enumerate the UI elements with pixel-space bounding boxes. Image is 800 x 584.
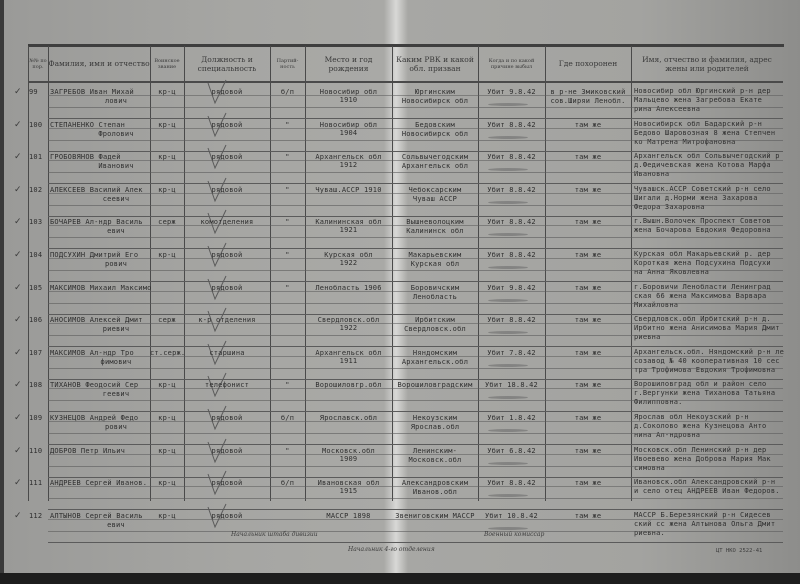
row-relatives-cont: Мальцево жена Загребова Екате (634, 96, 784, 105)
row-rvk-region: Ленобласть (392, 293, 478, 302)
row-relatives-cont: Ирбитно жена Анисимова Мария Дмит (634, 324, 784, 333)
row-birth-year: 1922 (305, 324, 392, 333)
row-relatives-cont: созавод № 40 кооперативная 10 сес (634, 357, 784, 366)
ink-smear (488, 462, 528, 465)
document-page: №№ по пор. Фамилия, имя и отчество Воинс… (0, 0, 800, 584)
table-row: ✓ 107 МАКСИМОВ Ал-ндр Тро фимович ст.сер… (28, 346, 783, 380)
row-mid-line (48, 95, 783, 96)
check-mark-icon: ✓ (14, 478, 22, 488)
row-mid-line (48, 519, 783, 520)
ink-smear (488, 168, 528, 171)
row-sub-line (48, 433, 783, 434)
row-sub-line (48, 303, 783, 304)
row-birth-year: 1912 (305, 161, 392, 170)
row-birth-year: 1922 (305, 259, 392, 268)
row-sub-line (48, 531, 783, 532)
row-name-cont: сеевич (50, 195, 152, 204)
row-relatives-cont: д.Соколово жена Кузнецова Анто (634, 422, 784, 431)
table-row: ✓ 100 СТЕПАНЕНКО Степан Фролович кр-ц ря… (28, 118, 783, 152)
header-rank: Воинское звание (150, 48, 184, 80)
row-sub-line (48, 205, 783, 206)
check-mark-icon: ✓ (14, 250, 22, 260)
row-birth-year: 1910 (305, 96, 392, 105)
row-relatives-cont: жена Бочарова Евдокия Федоровна (634, 226, 784, 235)
row-birth-year: 1921 (305, 226, 392, 235)
table-row: ✓ 104 ПОДСУХИН Дмитрий Его рович кр-ц ря… (28, 248, 783, 282)
row-buried-cont: сов.Ширяи Ленобл. (545, 97, 631, 106)
row-sub-line (48, 172, 783, 173)
header-name: Фамилия, имя и отчество (48, 48, 150, 80)
row-name-cont: евич (50, 227, 152, 236)
check-mark-icon: ✓ (14, 120, 22, 130)
row-rvk-region: Архангельск.обл (392, 358, 478, 367)
ink-smear (488, 299, 528, 302)
row-number: 110 (29, 447, 49, 456)
row-sub-line (48, 498, 783, 499)
row-name-cont: евич (50, 521, 152, 530)
row-bottom-line (48, 542, 783, 543)
ink-smear (488, 103, 528, 106)
row-sub-line (48, 107, 783, 108)
header-birth: Место и год рождения (305, 48, 392, 80)
row-number: 107 (29, 349, 49, 358)
header-rvk: Каким РВК и какой обл. призван (392, 48, 478, 80)
row-sub-line (48, 335, 783, 336)
row-mid-line (48, 128, 783, 129)
row-name-cont: фимович (50, 358, 152, 367)
row-name-cont: геевич (50, 390, 152, 399)
row-sub-line (48, 466, 783, 467)
row-sub-line (48, 400, 783, 401)
row-birth-year: 1909 (305, 455, 392, 464)
row-relatives-cont: Ивоевево жена Доброва Мария Мак (634, 455, 784, 464)
check-mark-icon: ✓ (14, 348, 22, 358)
row-sub-line (48, 140, 783, 141)
table-row: ✓ 102 АЛЕКСЕЕВ Василий Алек сеевич кр-ц … (28, 183, 783, 217)
row-relatives-cont: и село отец АНДРЕЕВ Иван Федоров. (634, 487, 784, 496)
row-relatives-cont: Шигали д.Норми жена Захарова (634, 194, 784, 203)
row-birth-year: 1911 (305, 357, 392, 366)
check-mark-icon: ✓ (14, 511, 22, 521)
row-birth-year: 1915 (305, 487, 392, 496)
row-number: 101 (29, 153, 49, 162)
footer-chief-of-staff: Начальник штаба дивизии (231, 531, 318, 538)
row-number: 100 (29, 121, 49, 130)
row-mid-line (48, 291, 783, 292)
row-rvk-region: Иванов.обл (392, 488, 478, 497)
row-number: 105 (29, 284, 49, 293)
header-bottom-border (28, 81, 783, 83)
row-mid-line (48, 225, 783, 226)
row-mid-line (48, 454, 783, 455)
row-number: 111 (29, 479, 49, 488)
header-position: Должность и специальность (184, 48, 270, 80)
header-party: Партий-ность (270, 48, 305, 80)
table-row: ✓ 110 ДОБРОВ Петр Ильич кр-ц рядовой " М… (28, 444, 783, 478)
header-buried: Где похоронен (545, 48, 631, 80)
table-row: ✓ 101 ГРОБОВЯНОВ Фадей Иванович кр-ц ряд… (28, 150, 783, 184)
row-mid-line (48, 356, 783, 357)
check-mark-icon: ✓ (14, 380, 22, 390)
row-sub-line (48, 368, 783, 369)
table-row: ✓ 109 КУЗНЕЦОВ Андрей Федо рович кр-ц ря… (28, 411, 783, 445)
row-number: 99 (29, 88, 49, 97)
row-sub-line (48, 237, 783, 238)
row-relatives-cont: ская 66 жена Максимова Варвара (634, 292, 784, 301)
check-mark-icon: ✓ (14, 152, 22, 162)
table-row: ✓ 105 МАКСИМОВ Михаил Максимович рядовой… (28, 281, 783, 315)
table-row: ✓ 103 БОЧАРЕВ Ал-ндр Василь евич серж ко… (28, 215, 783, 249)
page-edge (0, 0, 4, 584)
row-rvk-region: Новосибирск обл (392, 130, 478, 139)
row-relatives-cont: ский сс жена Алтынова Ольга Дмит (634, 520, 784, 529)
row-mid-line (48, 323, 783, 324)
row-name-cont: лович (50, 97, 152, 106)
row-rvk-region: Чуваш АССР (392, 195, 478, 204)
row-relatives-cont: г.Вергунки жена Тиханова Татьяна (634, 389, 784, 398)
ink-smear (488, 331, 528, 334)
row-name-cont: рович (50, 423, 152, 432)
table-row: ✓ 106 АНОСИМОВ Алексей Дмит риевич серж … (28, 313, 783, 347)
row-number: 112 (29, 512, 49, 521)
row-mid-line (48, 193, 783, 194)
check-mark-icon: ✓ (14, 315, 22, 325)
row-rvk-region: Свердловск.обл (392, 325, 478, 334)
print-stamp: ЦТ НКО 2522-41 (716, 548, 762, 554)
ink-smear (488, 136, 528, 139)
table-top-border (28, 44, 784, 47)
ink-smear (488, 429, 528, 432)
row-rvk-region: Калининск обл (392, 227, 478, 236)
row-birth-year: 1904 (305, 129, 392, 138)
row-relatives-cont: Короткая жена Подсухина Подсухи (634, 259, 784, 268)
row-name-cont: Фролович (50, 130, 152, 139)
footer-chief-of-dept: Начальник 4-го отделения (348, 546, 435, 553)
header-relatives: Имя, отчество и фамилия, адрес жены или … (631, 48, 783, 80)
scan-border (0, 573, 800, 584)
row-mid-line (48, 388, 783, 389)
row-rvk-region: Курская обл (392, 260, 478, 269)
row-number: 108 (29, 381, 49, 390)
row-mid-line (48, 160, 783, 161)
row-name-cont: рович (50, 260, 152, 269)
row-relatives-cont: д.Федичевская жена Котова Марфа (634, 161, 784, 170)
check-mark-icon: ✓ (14, 87, 22, 97)
row-rvk-region: Архангельск обл (392, 162, 478, 171)
header-num: №№ по пор. (28, 48, 48, 80)
check-mark-icon: ✓ (14, 185, 22, 195)
row-mid-line (48, 258, 783, 259)
table-row: ✓ 108 ТИХАНОВ Феодосий Сер геевич кр-ц т… (28, 378, 783, 412)
row-number: 109 (29, 414, 49, 423)
ink-smear (488, 494, 528, 497)
ink-smear (488, 364, 528, 367)
table-row: ✓ 111 АНДРЕЕВ Сергей Иванов. кр-ц рядово… (28, 476, 783, 510)
ink-smear (488, 527, 528, 530)
footer-commissar: Военный комиссар (484, 531, 544, 538)
row-name-cont: Иванович (50, 162, 152, 171)
ink-smear (488, 233, 528, 236)
row-number: 104 (29, 251, 49, 260)
row-sub-line (48, 270, 783, 271)
row-rvk-region: Новосибирск обл (392, 97, 478, 106)
table-row: ✓ 99 ЗАГРЕБОВ Иван Михай лович кр-ц рядо… (28, 85, 783, 119)
row-number: 102 (29, 186, 49, 195)
ink-smear (488, 396, 528, 399)
check-mark-icon: ✓ (14, 413, 22, 423)
row-rvk-region: Ярослав.обл (392, 423, 478, 432)
row-number: 106 (29, 316, 49, 325)
check-mark-icon: ✓ (14, 446, 22, 456)
row-name-cont: риевич (50, 325, 152, 334)
check-mark-icon: ✓ (14, 217, 22, 227)
row-mid-line (48, 486, 783, 487)
ink-smear (488, 201, 528, 204)
row-rvk-region: Московск.обл (392, 456, 478, 465)
ink-smear (488, 266, 528, 269)
table-row: ✓ 112 АЛТЫНОВ Сергей Василь евич кр-ц ря… (28, 509, 783, 543)
check-mark-icon: ✓ (14, 283, 22, 293)
row-mid-line (48, 421, 783, 422)
row-number: 103 (29, 218, 49, 227)
header-when: Когда и по какой причине выбыл (478, 48, 545, 80)
row-relatives-cont: Бедово Шаровозная 8 жена Степчен (634, 129, 784, 138)
